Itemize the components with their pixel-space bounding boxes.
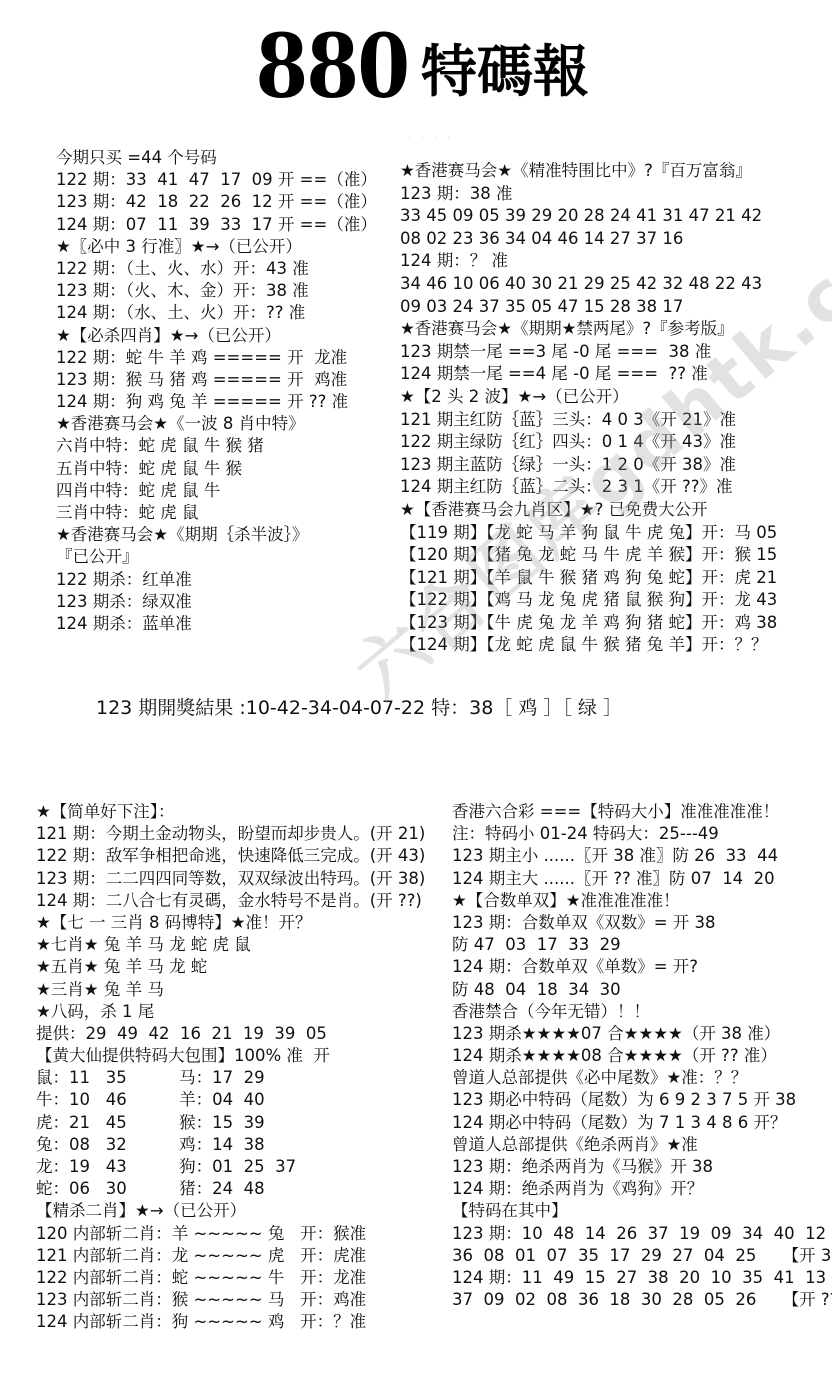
- text-line: 122 期：敌军争相把命逃，快速降低三完成。(开 43): [36, 845, 425, 867]
- right-bottom-section: 香港六合彩 ===【特码大小】准准准准准！注：特码小 01-24 特码大：25-…: [452, 801, 832, 1311]
- text-line: 08 02 23 36 34 04 46 14 27 37 16: [400, 228, 777, 251]
- left-bottom-section: ★【简单好下注】：121 期：今期土金动物头，盼望而却步贵人。(开 21)122…: [36, 801, 425, 1334]
- text-line: 曾道人总部提供《必中尾数》★准：？？: [452, 1067, 832, 1089]
- text-line: 123 期主蓝防｛绿｝一头：1 2 0《开 38》准: [400, 454, 777, 477]
- title-text: 特碼報: [421, 44, 589, 100]
- text-line: 【123 期】【牛 虎 兔 龙 羊 鸡 狗 猪 蛇】开：鸡 38: [400, 612, 777, 635]
- text-line: 六肖中特：蛇 虎 鼠 牛 猴 猪: [56, 435, 377, 457]
- text-line: ★五肖★ 兔 羊 马 龙 蛇: [36, 956, 425, 978]
- text-line: ★【简单好下注】：: [36, 801, 425, 823]
- text-line: 【121 期】【羊 鼠 牛 猴 猪 鸡 狗 兔 蛇】开：虎 21: [400, 567, 777, 590]
- text-line: 123 期：10 48 14 26 37 19 09 34 40 12: [452, 1223, 832, 1245]
- right-top-section: ★香港赛马会★《精准特围比中》?『百万富翁』123 期：38 准33 45 09…: [400, 160, 777, 657]
- text-line: 33 45 09 05 39 29 20 28 24 41 31 47 21 4…: [400, 205, 777, 228]
- text-line: 香港六合彩 ===【特码大小】准准准准准！: [452, 801, 832, 823]
- text-line: 124 期主大 ......〖开 ?? 准〗防 07 14 20: [452, 868, 832, 890]
- text-line: 124 期：11 49 15 27 38 20 10 35 41 13: [452, 1267, 832, 1289]
- text-line: ★香港赛马会★《一波 8 肖中特》: [56, 413, 377, 435]
- text-line: ★【香港赛马会九肖区】★? 已免费大公开: [400, 499, 777, 522]
- text-line: 121 期主红防｛蓝｝三头：4 0 3《开 21》准: [400, 409, 777, 432]
- text-line: 122 期：33 41 47 17 09 开 ==（准）: [56, 169, 377, 191]
- text-line: 122 期杀：红单准: [56, 569, 377, 591]
- text-line: 123 内部斩二肖：猴 ~~~~~ 马 开：鸡准: [36, 1289, 425, 1311]
- text-line: 『已公开』: [56, 546, 377, 568]
- text-line: 122 内部斩二肖：蛇 ~~~~~ 牛 开：龙准: [36, 1267, 425, 1289]
- text-line: 今期只买 =44 个号码: [56, 147, 377, 169]
- text-line: 121 内部斩二肖：龙 ~~~~~ 虎 开：虎准: [36, 1245, 425, 1267]
- text-line: 36 08 01 07 35 17 29 27 04 25 【开 38】: [452, 1245, 832, 1267]
- text-line: 【122 期】【鸡 马 龙 兔 虎 猪 鼠 猴 狗】开：龙 43: [400, 589, 777, 612]
- text-line: 防 48 04 18 34 30: [452, 979, 832, 1001]
- text-line: 123 期：42 18 22 26 12 开 ==（准）: [56, 191, 377, 213]
- text-line: 121 期：今期土金动物头，盼望而却步贵人。(开 21): [36, 823, 425, 845]
- text-line: 123 期必中特码（尾数）为 6 9 2 3 7 5 开 38: [452, 1089, 832, 1111]
- text-line: 124 期：绝杀两肖为《鸡狗》开？: [452, 1178, 832, 1200]
- text-line: ★八码，杀 1 尾: [36, 1001, 425, 1023]
- text-line: 123 期禁一尾 ==3 尾 -0 尾 === 38 准: [400, 341, 777, 364]
- draw-result-line: 123 期開獎結果 :10-42-34-04-07-22 特：38［ 鸡 ］［ …: [96, 693, 622, 720]
- text-line: 蛇：06 30 猪：24 48: [36, 1178, 425, 1200]
- text-line: 124 期：二八合七有灵碼，金水特号不是肖。(开 ??): [36, 890, 425, 912]
- text-line: 三肖中特：蛇 虎 鼠: [56, 502, 377, 524]
- text-line: 【特码在其中】: [452, 1200, 832, 1222]
- text-line: 鼠：11 35 马：17 29: [36, 1067, 425, 1089]
- decorative-dots: · · · ·: [408, 134, 454, 143]
- left-top-section: 今期只买 =44 个号码122 期：33 41 47 17 09 开 ==（准）…: [56, 147, 377, 635]
- text-line: 123 期：合数单双《双数》= 开 38: [452, 912, 832, 934]
- text-line: 四肖中特：蛇 虎 鼠 牛: [56, 480, 377, 502]
- text-line: 123 期：绝杀两肖为《马猴》开 38: [452, 1156, 832, 1178]
- text-line: ★香港赛马会★《期期★禁两尾》?『参考版』: [400, 318, 777, 341]
- text-line: ★【七 一 三肖 8 码博特】★准！开？: [36, 912, 425, 934]
- text-line: 124 期：？ 准: [400, 250, 777, 273]
- text-line: 124 期：合数单双《单数》= 开?: [452, 956, 832, 978]
- text-line: 【120 期】【猪 兔 龙 蛇 马 牛 虎 羊 猴】开：猴 15: [400, 544, 777, 567]
- text-line: 124 期：07 11 39 33 17 开 ==（准）: [56, 214, 377, 236]
- text-line: 【119 期】【龙 蛇 马 羊 狗 鼠 牛 虎 兔】开：马 05: [400, 522, 777, 545]
- text-line: ★七肖★ 兔 羊 马 龙 蛇 虎 鼠: [36, 934, 425, 956]
- text-line: 124 期杀★★★★08 合★★★★（开 ?? 准）: [452, 1045, 832, 1067]
- text-line: 124 期：狗 鸡 兔 羊 ===== 开 ?? 准: [56, 391, 377, 413]
- text-line: 123 期杀★★★★07 合★★★★（开 38 准）: [452, 1023, 832, 1045]
- text-line: ★【必杀四肖】★→（已公开）: [56, 325, 377, 347]
- text-line: 122 期主绿防｛红｝四头：0 1 4《开 43》准: [400, 431, 777, 454]
- text-line: 防 47 03 17 33 29: [452, 934, 832, 956]
- text-line: ★〖必中 3 行准〗★→（已公开）: [56, 236, 377, 258]
- text-line: 124 期杀：蓝单准: [56, 613, 377, 635]
- text-line: 122 期：蛇 牛 羊 鸡 ===== 开 龙准: [56, 347, 377, 369]
- text-line: 虎：21 45 猴：15 39: [36, 1112, 425, 1134]
- text-line: ★【2 头 2 波】★→（已公开）: [400, 386, 777, 409]
- text-line: 124 内部斩二肖：狗 ~~~~~ 鸡 开：？准: [36, 1311, 425, 1333]
- text-line: 34 46 10 06 40 30 21 29 25 42 32 48 22 4…: [400, 273, 777, 296]
- text-line: ★香港赛马会★《期期｛杀半波｝》: [56, 524, 377, 546]
- text-line: 09 03 24 37 35 05 47 15 28 38 17: [400, 296, 777, 319]
- text-line: 123 期：二二四四同等数，双双绿波出特玛。(开 38): [36, 868, 425, 890]
- text-line: 123 期：猴 马 猪 鸡 ===== 开 鸡准: [56, 369, 377, 391]
- text-line: 124 期禁一尾 ==4 尾 -0 尾 === ?? 准: [400, 363, 777, 386]
- text-line: 【黄大仙提供特码大包围】100% 准 开: [36, 1045, 425, 1067]
- text-line: 【124 期】【龙 蛇 虎 鼠 牛 猴 猪 兔 羊】开：？？: [400, 634, 777, 657]
- text-line: ★三肖★ 兔 羊 马: [36, 979, 425, 1001]
- text-line: 兔：08 32 鸡：14 38: [36, 1134, 425, 1156]
- text-line: 122 期：（土、火、水）开：43 准: [56, 258, 377, 280]
- text-line: 120 内部斩二肖：羊 ~~~~~ 兔 开：猴准: [36, 1223, 425, 1245]
- text-line: 123 期杀：绿双准: [56, 591, 377, 613]
- text-line: 【精杀二肖】★→（已公开）: [36, 1200, 425, 1222]
- text-line: 龙：19 43 狗：01 25 37: [36, 1156, 425, 1178]
- text-line: 注：特码小 01-24 特码大：25---49: [452, 823, 832, 845]
- text-line: 牛：10 46 羊：04 40: [36, 1089, 425, 1111]
- text-line: 123 期主小 ......〖开 38 准〗防 26 33 44: [452, 845, 832, 867]
- text-line: ★香港赛马会★《精准特围比中》?『百万富翁』: [400, 160, 777, 183]
- text-line: 五肖中特：蛇 虎 鼠 牛 猴: [56, 458, 377, 480]
- text-line: 124 期必中特码（尾数）为 7 1 3 4 8 6 开？: [452, 1112, 832, 1134]
- page-title: 880特碼報: [0, 22, 832, 110]
- text-line: 124 期主红防｛蓝｝二头：2 3 1《开 ??》准: [400, 476, 777, 499]
- text-line: 香港禁合（今年无错）！！: [452, 1001, 832, 1023]
- text-line: 曾道人总部提供《绝杀两肖》★准: [452, 1134, 832, 1156]
- text-line: 123 期：38 准: [400, 183, 777, 206]
- title-number: 880: [256, 22, 409, 110]
- text-line: 37 09 02 08 36 18 30 28 05 26 【开 ??】: [452, 1289, 832, 1311]
- text-line: 提供：29 49 42 16 21 19 39 05: [36, 1023, 425, 1045]
- text-line: 123 期：（火、木、金）开：38 准: [56, 280, 377, 302]
- text-line: ★【合数单双】★准准准准准！: [452, 890, 832, 912]
- text-line: 124 期：（水、土、火）开：?? 准: [56, 302, 377, 324]
